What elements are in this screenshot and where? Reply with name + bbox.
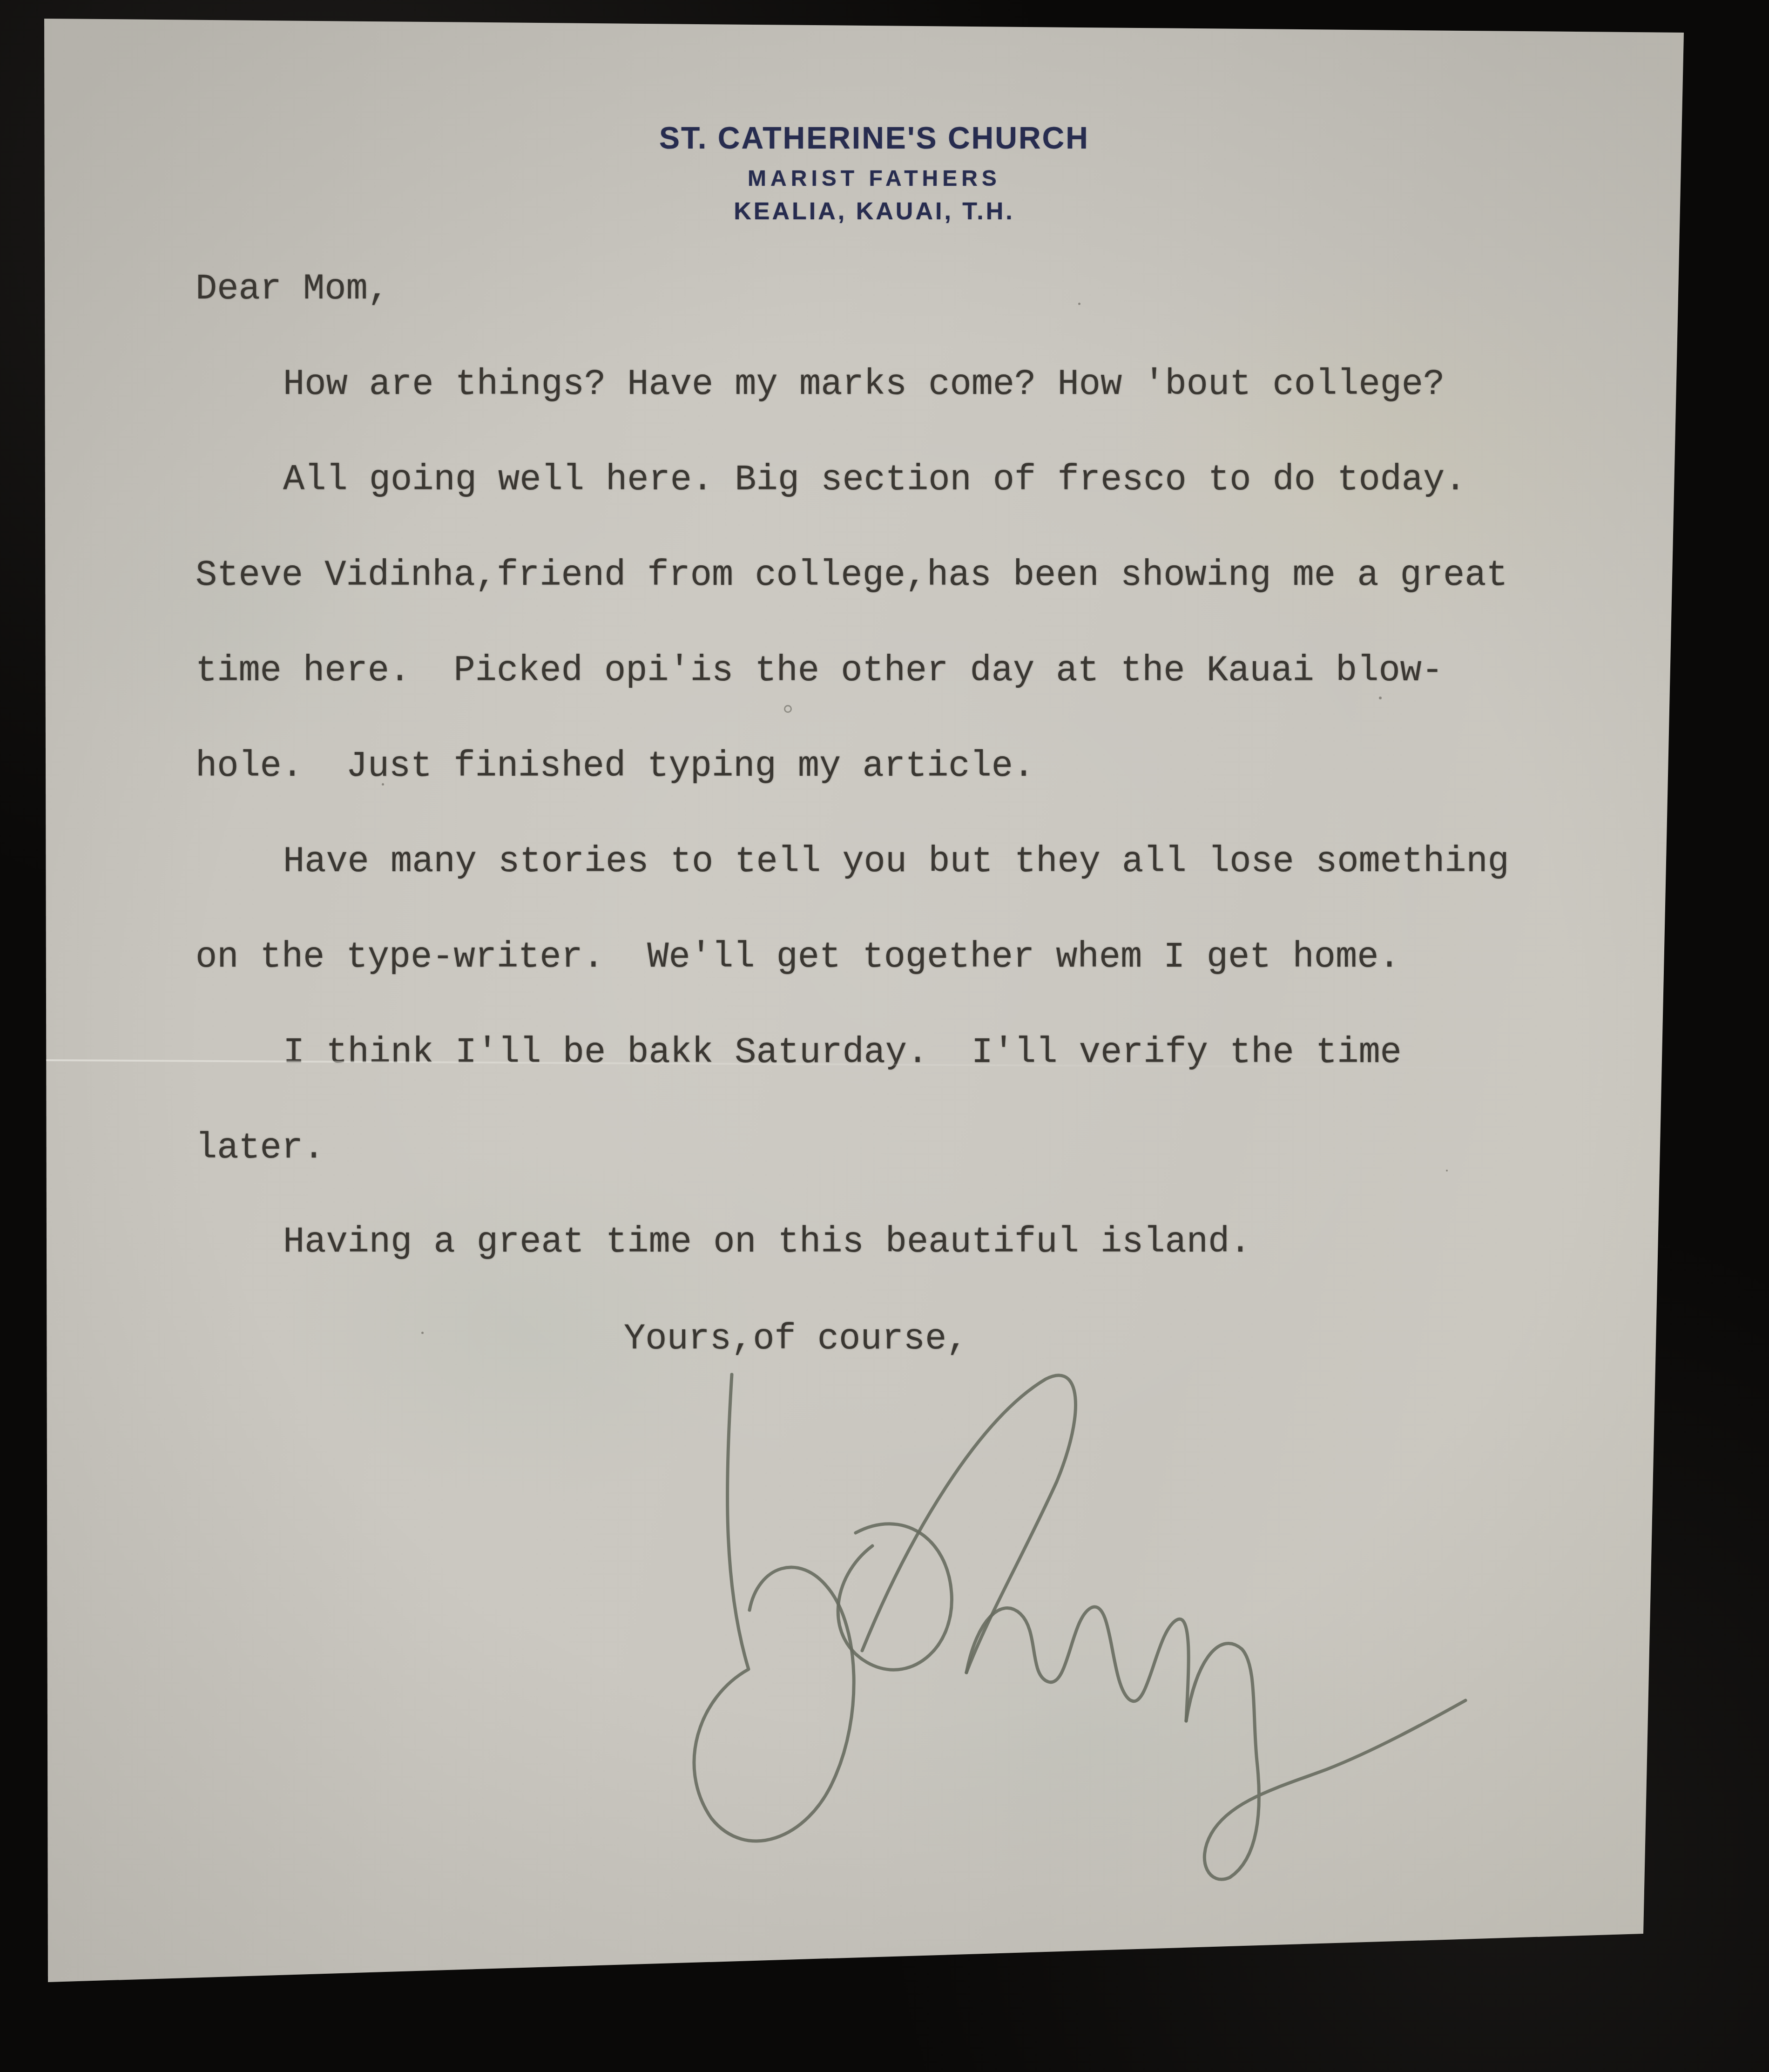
paper-speck	[1446, 1170, 1448, 1171]
typed-line: Having a great time on this beautiful is…	[283, 1225, 1251, 1260]
typed-line: How are things? Have my marks come? How …	[283, 367, 1445, 403]
paper-speck	[382, 783, 384, 785]
letterhead-location: KEALIA, KAUAI, T.H.	[734, 197, 1014, 225]
typed-line: on the type-writer. We'll get together w…	[196, 940, 1400, 975]
typed-line: Have many stories to tell you but they a…	[283, 844, 1509, 880]
paper-speck	[784, 705, 792, 713]
letterhead-church-name: ST. CATHERINE'S CHURCH	[659, 120, 1089, 156]
paper-speck	[1379, 697, 1382, 699]
scanned-letter-page: ST. CATHERINE'S CHURCH MARIST FATHERS KE…	[0, 0, 1769, 2072]
handwritten-signature	[666, 1318, 1494, 1904]
typed-line: All going well here. Big section of fres…	[283, 462, 1466, 498]
letter-paper: ST. CATHERINE'S CHURCH MARIST FATHERS KE…	[0, 0, 1769, 2072]
letterhead-order-name: MARIST FATHERS	[748, 166, 1001, 191]
salutation-line: Dear Mom,	[196, 271, 389, 307]
typed-line: hole. Just finished typing my article.	[196, 749, 1034, 785]
typed-line: time here. Picked opi'is the other day a…	[196, 653, 1443, 689]
paper-speck	[1078, 303, 1080, 305]
typed-line: Steve Vidinha,friend from college,has be…	[196, 558, 1508, 594]
paper-speck	[421, 1332, 424, 1334]
typed-line: later.	[196, 1131, 324, 1166]
